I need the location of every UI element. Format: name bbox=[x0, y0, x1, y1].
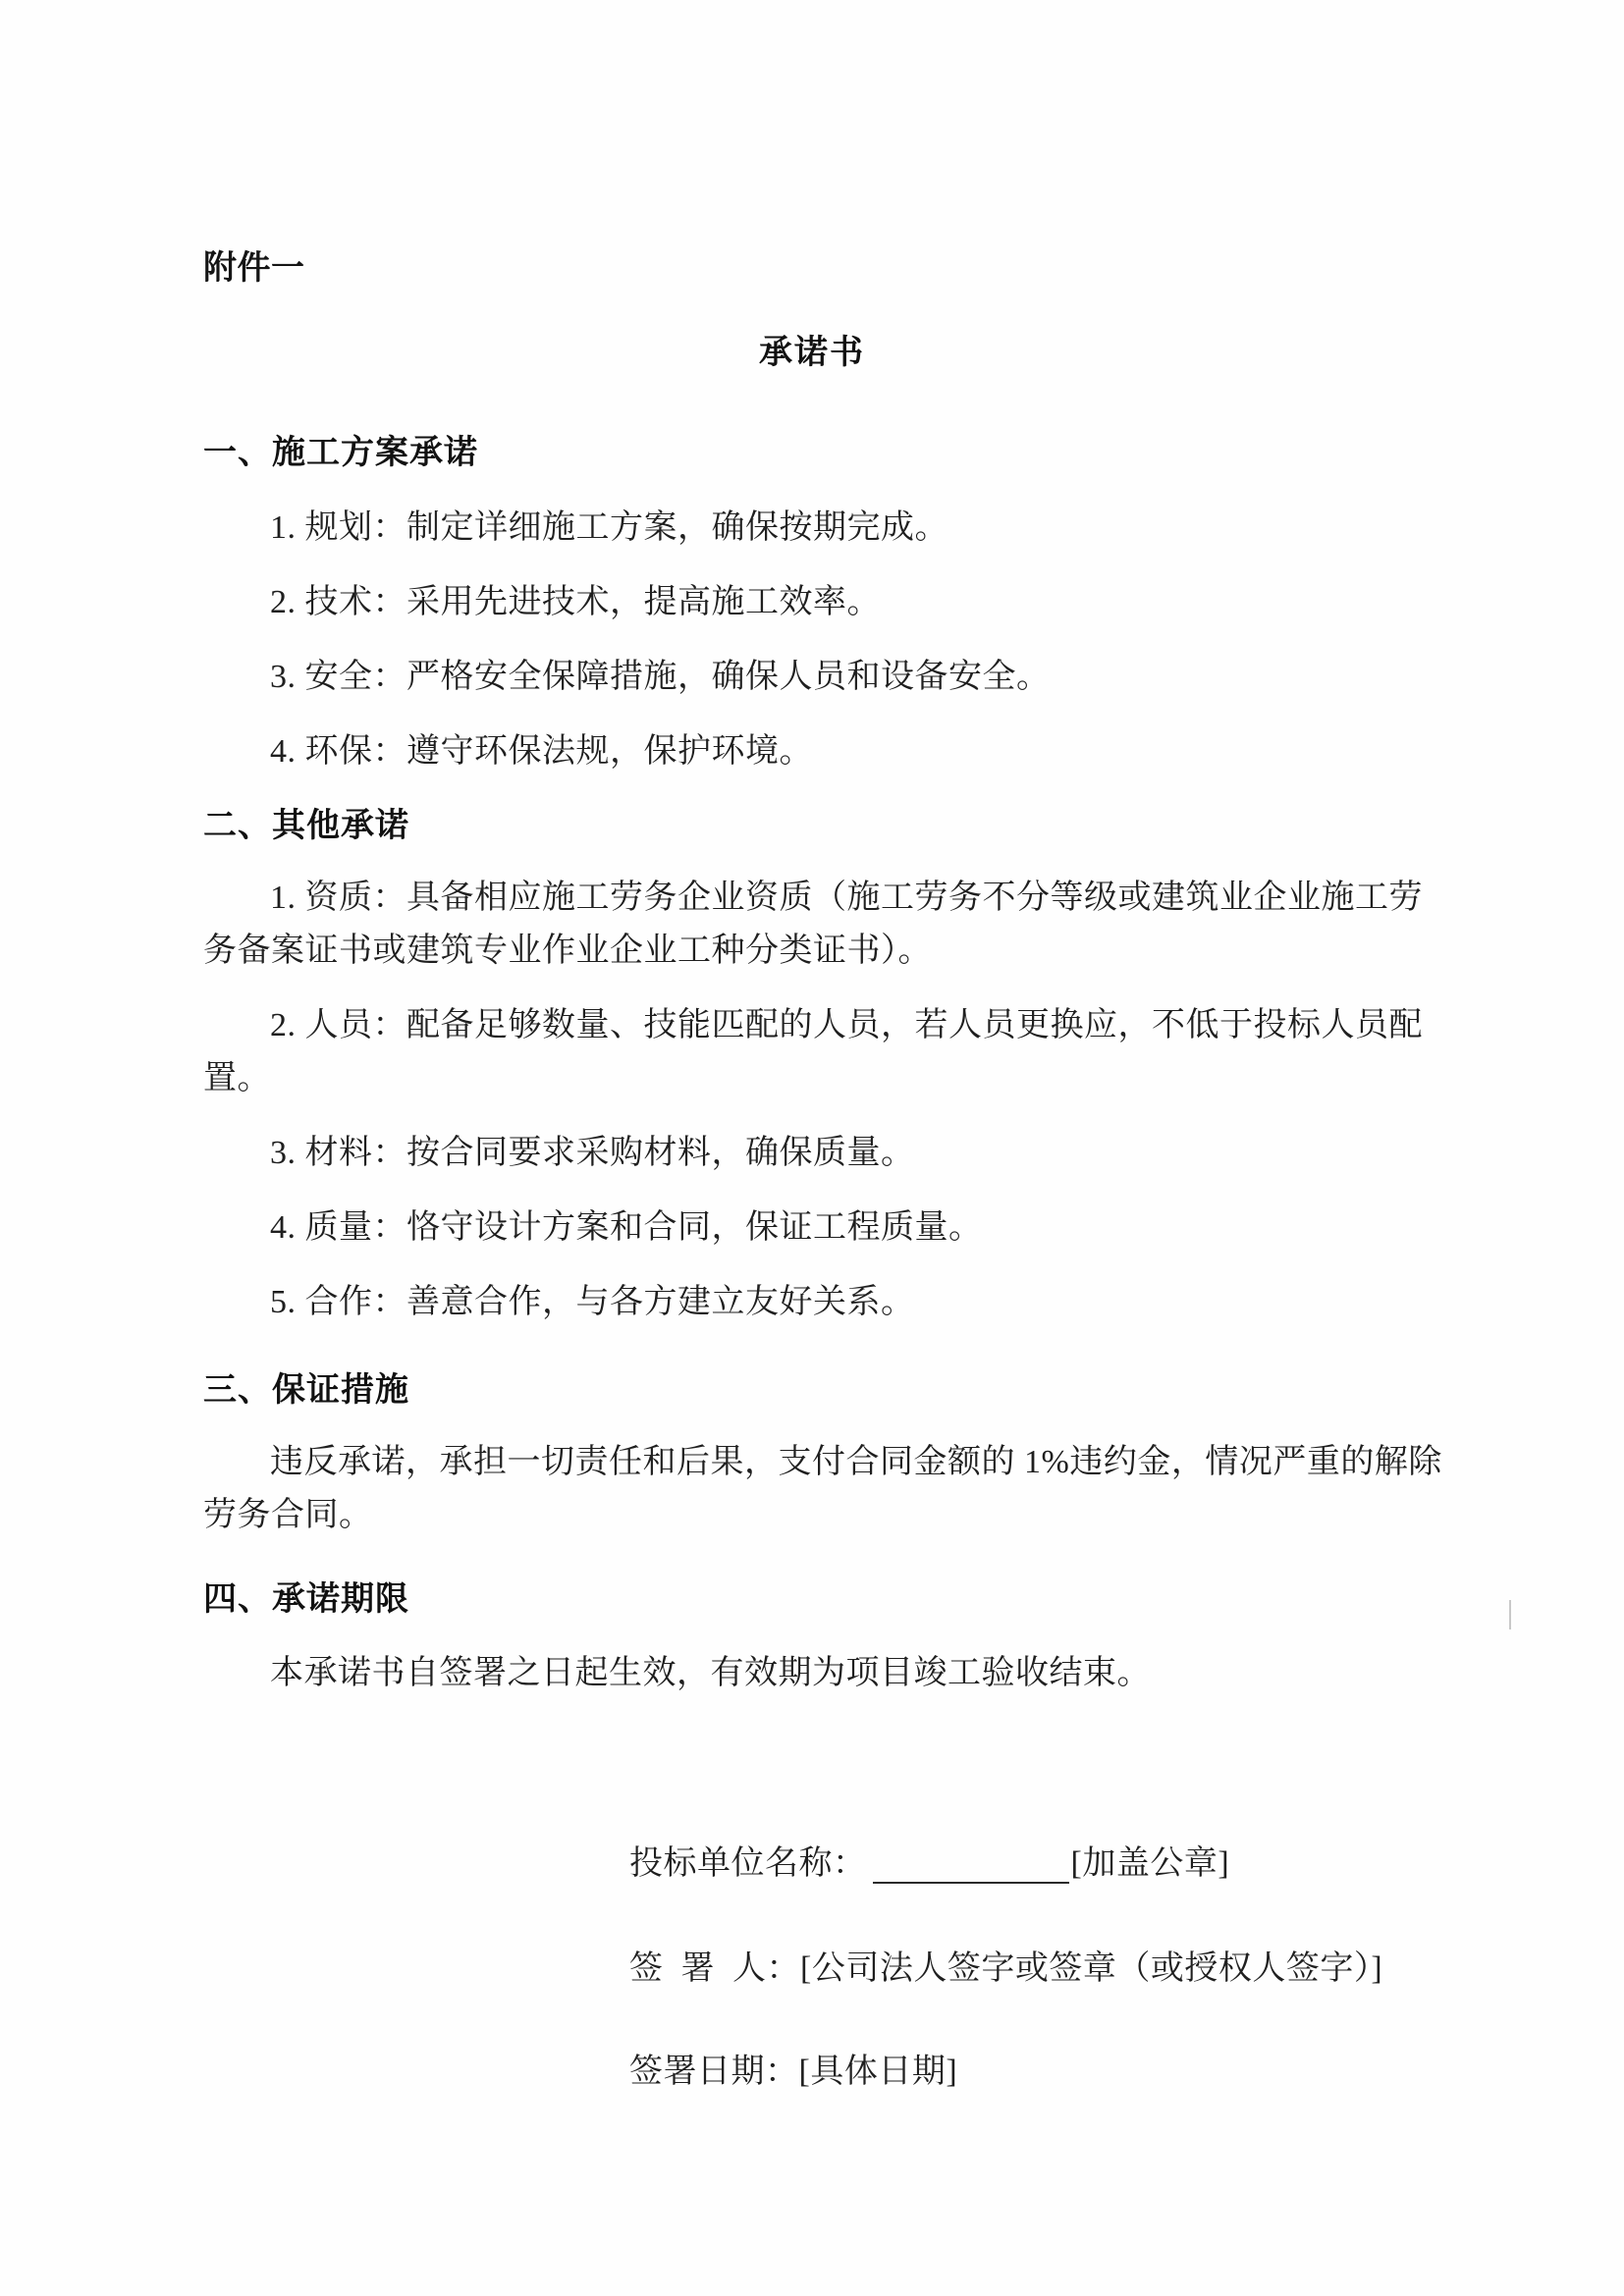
section-2-heading: 二、其他承诺 bbox=[203, 805, 409, 848]
sign-date-value: [具体日期] bbox=[799, 2054, 958, 2090]
signature-blank-underline bbox=[873, 1846, 1069, 1884]
section-1-item-1: 1. 规划：制定详细施工方案，确保按期完成。 bbox=[270, 507, 948, 550]
section-2-item-3: 3. 材料：按合同要求采购材料，确保质量。 bbox=[270, 1132, 915, 1175]
scanned-document-page: 附件一 承诺书 一、施工方案承诺 1. 规划：制定详细施工方案，确保按期完成。 … bbox=[0, 0, 1624, 2296]
section-2-item-2-line-2: 置。 bbox=[203, 1057, 271, 1100]
section-1-item-4: 4. 环保：遵守环保法规，保护环境。 bbox=[270, 730, 813, 774]
section-1-heading: 一、施工方案承诺 bbox=[203, 432, 478, 475]
attachment-label: 附件一 bbox=[203, 247, 305, 291]
sign-date-label: 签署日期： bbox=[629, 2054, 799, 2090]
section-3-paragraph-line-2: 劳务合同。 bbox=[203, 1494, 373, 1537]
section-3-paragraph-line-1: 违反承诺，承担一切责任和后果，支付合同金额的 1%违约金，情况严重的解除 bbox=[270, 1441, 1442, 1484]
section-2-item-5: 5. 合作：善意合作，与各方建立友好关系。 bbox=[270, 1281, 915, 1324]
scan-artifact-mark bbox=[1509, 1600, 1511, 1629]
bidder-name-label: 投标单位名称： bbox=[629, 1845, 867, 1882]
section-2-item-4: 4. 质量：恪守设计方案和合同，保证工程质量。 bbox=[270, 1206, 983, 1250]
signer-value: [公司法人签字或签章（或授权人签字）] bbox=[800, 1950, 1382, 1987]
section-4-paragraph: 本承诺书自签署之日起生效，有效期为项目竣工验收结束。 bbox=[270, 1652, 1151, 1695]
section-2-item-1-line-2: 务备案证书或建筑专业作业企业工种分类证书）。 bbox=[203, 930, 932, 973]
section-4-heading: 四、承诺期限 bbox=[203, 1578, 409, 1622]
company-stamp-note: [加盖公章] bbox=[1071, 1845, 1230, 1882]
section-3-heading: 三、保证措施 bbox=[203, 1369, 409, 1413]
document-title: 承诺书 bbox=[0, 332, 1624, 375]
section-1-item-3: 3. 安全：严格安全保障措施，确保人员和设备安全。 bbox=[270, 656, 1051, 699]
section-1-item-2: 2. 技术：采用先进技术，提高施工效率。 bbox=[270, 581, 881, 624]
signer-label: 签 署 人： bbox=[629, 1950, 800, 1987]
section-2-item-2-line-1: 2. 人员：配备足够数量、技能匹配的人员，若人员更换应，不低于投标人员配 bbox=[270, 1004, 1423, 1047]
signature-date-line: 签署日期：[具体日期] bbox=[594, 2007, 957, 2137]
section-2-item-1-line-1: 1. 资质：具备相应施工劳务企业资质（施工劳务不分等级或建筑业企业施工劳 bbox=[270, 877, 1423, 920]
